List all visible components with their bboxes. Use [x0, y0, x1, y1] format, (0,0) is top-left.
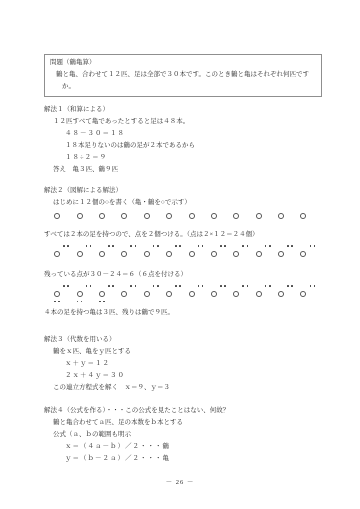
solution4-equation1: ｘ＝（４ａ－ｂ）／２・・・鶴: [44, 441, 324, 453]
leg-dot-pair: [91, 301, 113, 303]
solution4-line1: 鶴と亀合わせてａ匹、足の本数をｂ本とする: [44, 417, 324, 429]
solution3-section: 解法３（代数を用いる） 鶴をｘ匹、亀をｙ匹とする ｘ＋ｙ＝１２ ２ｘ＋４ｙ＝３０…: [44, 334, 324, 394]
solution2-section: 解法２（図解による解法） はじめに１２個の○を書く（亀・鶴を○で示す） すべては…: [44, 185, 324, 319]
leg-dot-pair: [167, 285, 189, 287]
animal-circle: [270, 213, 292, 219]
solution2-step1: はじめに１２個の○を書く（亀・鶴を○で示す）: [44, 197, 324, 209]
animal-circle: [68, 251, 90, 257]
leg-dot-pair: [167, 245, 189, 247]
circle-row: [46, 211, 324, 220]
leg-dot-pair: [301, 245, 323, 247]
leg-dot-pair: [301, 285, 323, 287]
solution1-section: 解法１（和算による） １２匹すべて亀であったとすると足は４８本。 ４８－３０＝１…: [44, 104, 324, 176]
animal-circle: [203, 251, 225, 257]
page-content: 問題（鶴亀算） 鶴と亀、合わせて１２匹、足は全部で３０本です。このとき鶴と亀はそ…: [0, 0, 360, 465]
solution4-section: 解法４（公式を作る）・・・この公式を見たことはない、何故？ 鶴と亀合わせてａ匹、…: [44, 405, 324, 465]
problem-box: 問題（鶴亀算） 鶴と亀、合わせて１２匹、足は全部で３０本です。このとき鶴と亀はそ…: [44, 54, 322, 97]
leg-dot-pair: [234, 285, 256, 287]
solution2-step2: すべては２本の足を持つので、点を２個つける。（点は２×１２＝２４個）: [44, 229, 324, 241]
solution1-heading: 解法１（和算による）: [44, 104, 324, 116]
circles-diagram-1: [46, 211, 324, 220]
leg-dot-pair: [279, 285, 301, 287]
animal-circle: [46, 213, 68, 219]
animal-circle: [68, 213, 90, 219]
leg-dot-pair: [212, 245, 234, 247]
solution3-line2: この連立方程式を解く ｘ＝９、ｙ＝３: [44, 382, 324, 394]
animal-circle: [113, 251, 135, 257]
animal-circle: [91, 291, 113, 297]
leg-dot-pair: [46, 301, 68, 303]
leg-dot-pair: [77, 245, 99, 247]
animal-circle: [113, 291, 135, 297]
solution2-step3: 残っている点が３０－２４＝６（６点を付ける）: [44, 269, 324, 281]
animal-circle: [158, 291, 180, 297]
leg-dot-pair: [189, 245, 211, 247]
animal-circle: [91, 251, 113, 257]
leg-dot-pair: [145, 245, 167, 247]
problem-statement-line1: 鶴と亀、合わせて１２匹、足は全部で３０本です。このとき鶴と亀はそれぞれ何匹です: [50, 69, 316, 81]
problem-title: 問題（鶴亀算）: [50, 57, 316, 69]
animal-circle: [203, 291, 225, 297]
animal-circle: [270, 251, 292, 257]
solution3-equation1: ｘ＋ｙ＝１２: [44, 358, 324, 370]
animal-circle: [292, 291, 314, 297]
animal-circle: [46, 291, 68, 297]
animal-circle: [292, 213, 314, 219]
leg-dot-pair: [55, 245, 77, 247]
leg-dot-pair: [100, 285, 122, 287]
circles-diagram-2: [46, 243, 324, 258]
solution4-line2: 公式（ａ、ｂの範囲も明示: [44, 429, 324, 441]
circles-diagram-3: [46, 283, 324, 305]
solution4-heading: 解法４（公式を作る）・・・この公式を見たことはない、何故？: [44, 405, 324, 417]
animal-circle: [292, 251, 314, 257]
circle-row: [46, 289, 324, 298]
animal-circle: [203, 213, 225, 219]
leg-dot-pair: [122, 285, 144, 287]
leg-dot-pair: [189, 285, 211, 287]
leg-dot-pair: [257, 245, 279, 247]
animal-circle: [136, 251, 158, 257]
leg-dot-pair: [77, 285, 99, 287]
solution1-equation1: ４８－３０＝１８: [44, 128, 324, 140]
animal-circle: [225, 291, 247, 297]
leg-dot-pair: [145, 285, 167, 287]
animal-circle: [91, 213, 113, 219]
solution1-line1: １２匹すべて亀であったとすると足は４８本。: [44, 116, 324, 128]
animal-circle: [113, 213, 135, 219]
leg-dot-pair: [234, 245, 256, 247]
animal-circle: [248, 213, 270, 219]
extra-leg-dots-row: [46, 298, 324, 305]
leg-dot-pair: [122, 245, 144, 247]
solution2-conclusion: ４本の足を持つ亀は３匹、残りは鶴で９匹。: [44, 307, 324, 319]
animal-circle: [46, 251, 68, 257]
animal-circle: [225, 251, 247, 257]
animal-circle: [158, 213, 180, 219]
animal-circle: [248, 251, 270, 257]
solution1-equation2: １８÷２＝９: [44, 152, 324, 164]
leg-dot-pair: [68, 301, 90, 303]
solution3-line1: 鶴をｘ匹、亀をｙ匹とする: [44, 346, 324, 358]
animal-circle: [158, 251, 180, 257]
document-page: 問題（鶴亀算） 鶴と亀、合わせて１２匹、足は全部で３０本です。このとき鶴と亀はそ…: [0, 0, 360, 509]
animal-circle: [136, 213, 158, 219]
leg-dot-pair: [100, 245, 122, 247]
animal-circle: [136, 291, 158, 297]
leg-dot-pair: [55, 285, 77, 287]
leg-dot-pair: [257, 285, 279, 287]
animal-circle: [248, 291, 270, 297]
solution2-heading: 解法２（図解による解法）: [44, 185, 324, 197]
solution1-answer: 答え 亀３匹、鶴９匹: [44, 164, 324, 176]
animal-circle: [270, 291, 292, 297]
solution3-heading: 解法３（代数を用いる）: [44, 334, 324, 346]
solution4-equation2: ｙ＝（ｂ－２ａ）／２・・・亀: [44, 453, 324, 465]
animal-circle: [180, 291, 202, 297]
leg-dot-pair: [212, 285, 234, 287]
page-number: － 26 －: [0, 477, 360, 489]
leg-dot-pair: [279, 245, 301, 247]
solution1-line2: １８本足りないのは鶴の足が２本であるから: [44, 140, 324, 152]
circle-row: [46, 249, 324, 258]
animal-circle: [225, 213, 247, 219]
animal-circle: [68, 291, 90, 297]
animal-circle: [180, 213, 202, 219]
solution3-equation2: ２ｘ＋４ｙ＝３０: [44, 370, 324, 382]
problem-statement-line2: か。: [50, 81, 316, 93]
animal-circle: [180, 251, 202, 257]
